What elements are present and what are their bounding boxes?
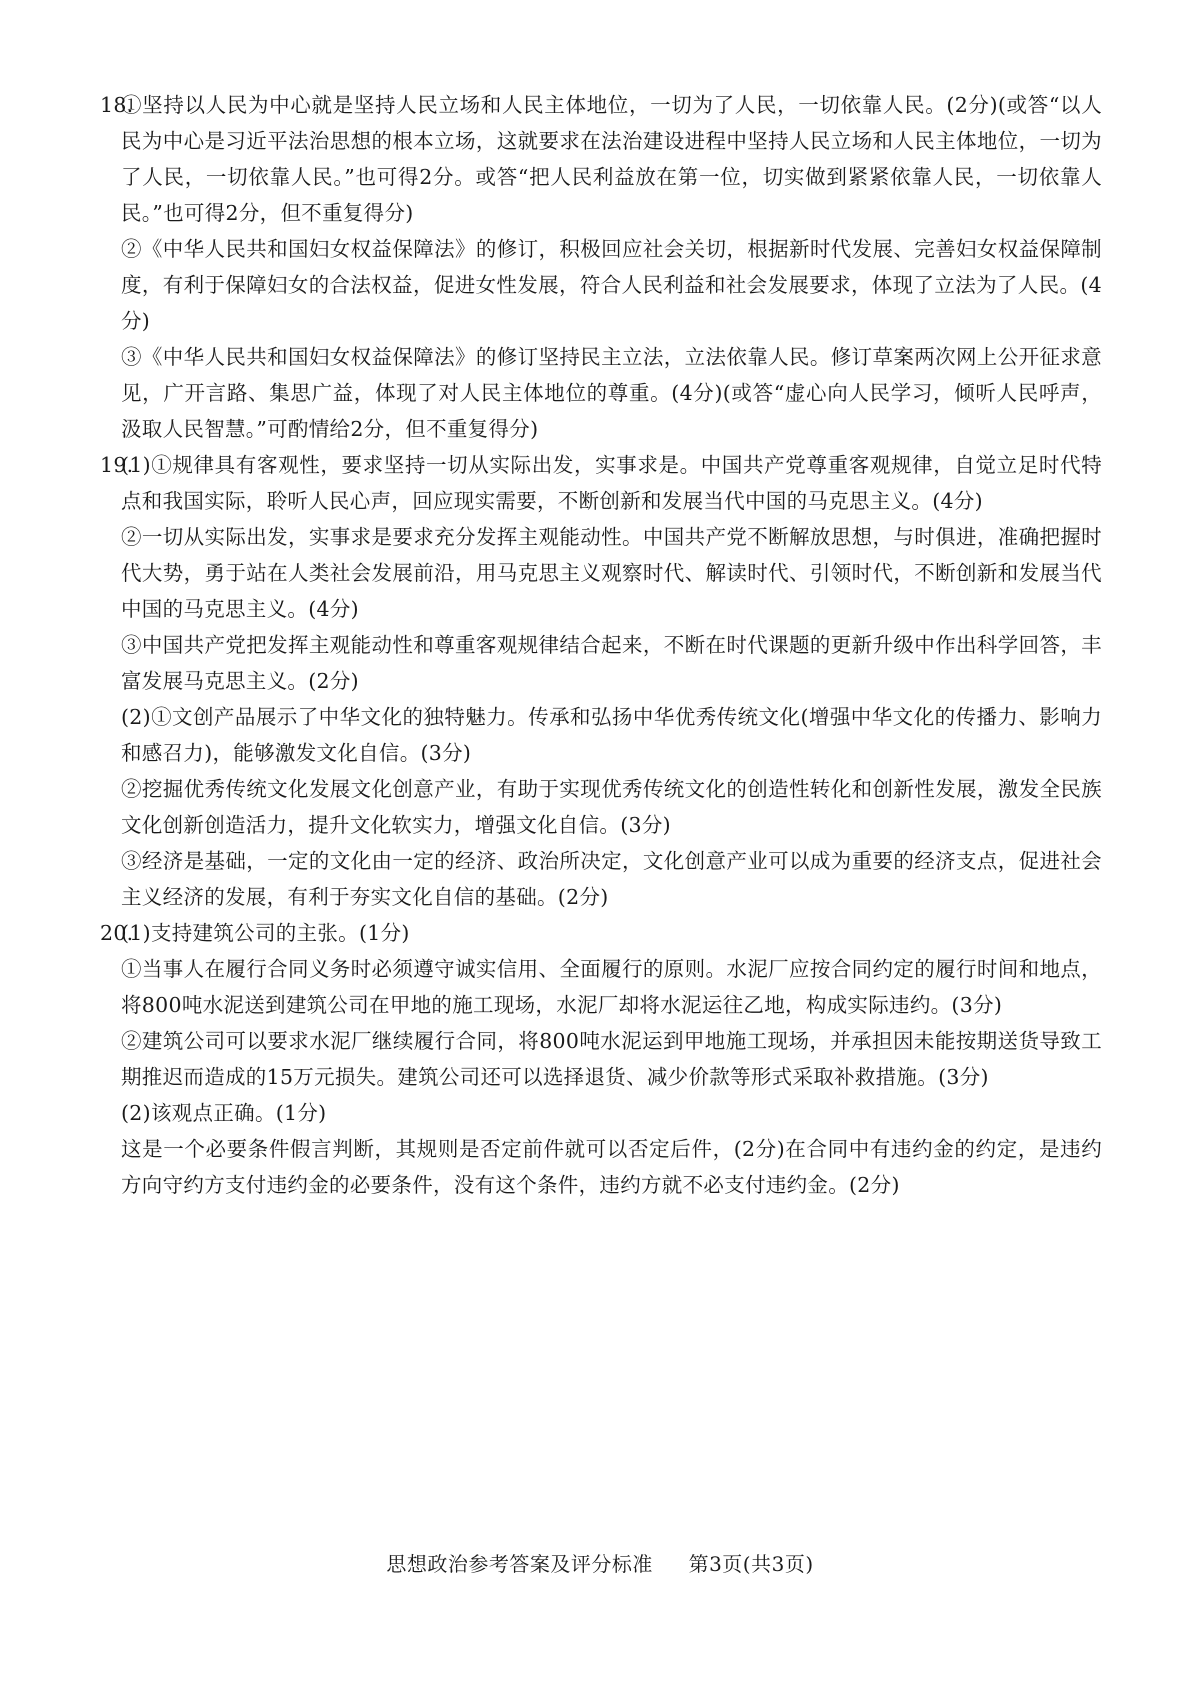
answer-content: 18. ①坚持以人民为中心就是坚持人民立场和人民主体地位，一切为了人民，一切依靠… [100,87,1102,1203]
answer-paragraph: (2)①文创产品展示了中华文化的独特魅力。传承和弘扬中华优秀传统文化(增强中华文… [100,699,1102,771]
answer-paragraph: ②建筑公司可以要求水泥厂继续履行合同，将800吨水泥运到甲地施工现场，并承担因未… [100,1023,1102,1095]
answer-paragraph: (2)该观点正确。(1分) [100,1095,1102,1131]
answer-paragraph: ①当事人在履行合同义务时必须遵守诚实信用、全面履行的原则。水泥厂应按合同约定的履… [100,951,1102,1023]
answer-paragraph: ③《中华人民共和国妇女权益保障法》的修订坚持民主立法，立法依靠人民。修订草案两次… [100,339,1102,447]
answer-paragraph: 这是一个必要条件假言判断，其规则是否定前件就可以否定后件，(2分)在合同中有违约… [100,1131,1102,1203]
question-number: 18. [100,87,134,123]
answer-key-page: 18. ①坚持以人民为中心就是坚持人民立场和人民主体地位，一切为了人民，一切依靠… [0,0,1200,1687]
question-number: 19. [100,447,134,483]
answer-paragraph: ②《中华人民共和国妇女权益保障法》的修订，积极回应社会关切，根据新时代发展、完善… [100,231,1102,339]
question-19: 19. (1)①规律具有客观性，要求坚持一切从实际出发，实事求是。中国共产党尊重… [100,447,1102,915]
answer-paragraph: ②挖掘优秀传统文化发展文化创意产业，有助于实现优秀传统文化的创造性转化和创新性发… [100,771,1102,843]
answer-paragraph: ②一切从实际出发，实事求是要求充分发挥主观能动性。中国共产党不断解放思想，与时俱… [100,519,1102,627]
answer-paragraph: ③经济是基础，一定的文化由一定的经济、政治所决定，文化创意产业可以成为重要的经济… [100,843,1102,915]
answer-paragraph: (1)支持建筑公司的主张。(1分) [100,915,1102,951]
question-18: 18. ①坚持以人民为中心就是坚持人民立场和人民主体地位，一切为了人民，一切依靠… [100,87,1102,447]
answer-paragraph: (1)①规律具有客观性，要求坚持一切从实际出发，实事求是。中国共产党尊重客观规律… [100,447,1102,519]
page-footer: 思想政治参考答案及评分标准 第3页(共3页) [0,1548,1200,1577]
footer-page-number: 第3页(共3页) [689,1552,814,1576]
question-20: 20. (1)支持建筑公司的主张。(1分) ①当事人在履行合同义务时必须遵守诚实… [100,915,1102,1203]
question-number: 20. [100,915,134,951]
answer-paragraph: ①坚持以人民为中心就是坚持人民立场和人民主体地位，一切为了人民，一切依靠人民。(… [100,87,1102,231]
footer-title: 思想政治参考答案及评分标准 [386,1552,653,1576]
answer-paragraph: ③中国共产党把发挥主观能动性和尊重客观规律结合起来，不断在时代课题的更新升级中作… [100,627,1102,699]
